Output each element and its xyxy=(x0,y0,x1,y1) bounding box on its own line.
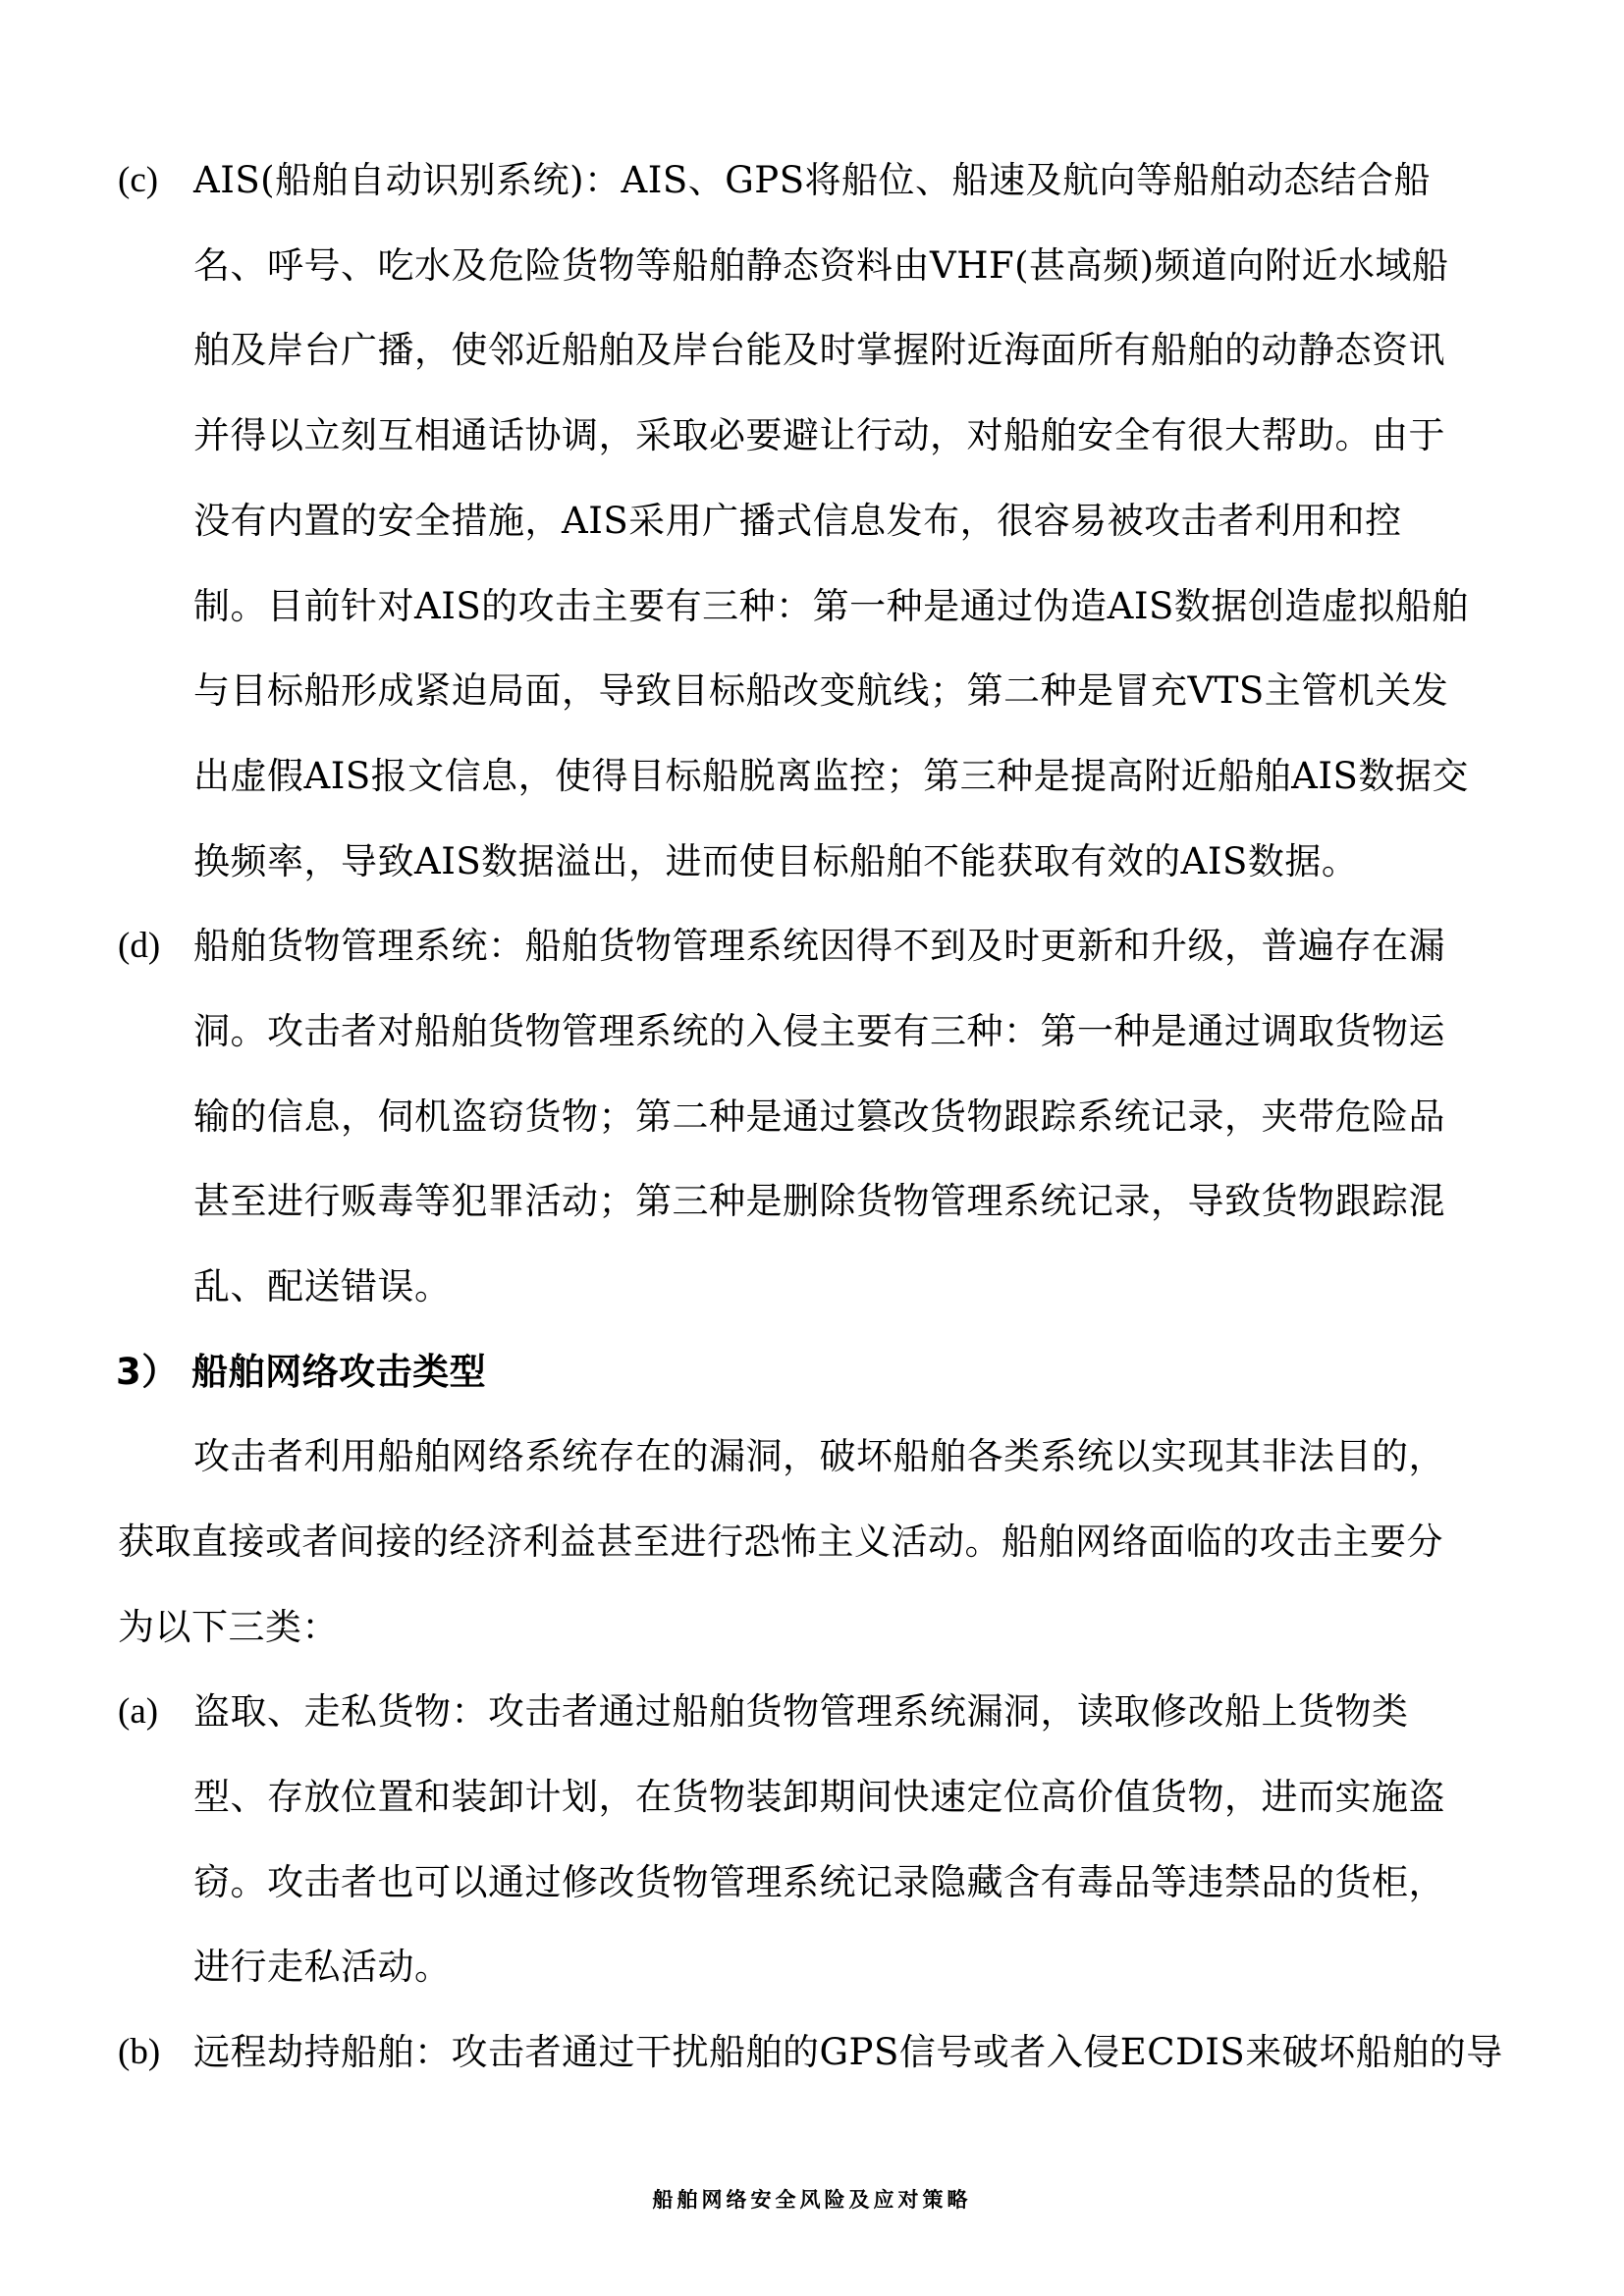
text-line: 名、呼号、吃水及危险货物等船舶静态资料由VHF(甚高频)频道向附近水域船 xyxy=(193,244,1449,288)
list-marker: (d) xyxy=(118,925,160,968)
list-marker: (c) xyxy=(118,159,158,202)
section-heading: 3） 船舶网络攻击类型 xyxy=(116,1351,486,1394)
text-line: 乱、配送错误。 xyxy=(193,1265,452,1308)
list-marker: (b) xyxy=(118,2031,160,2074)
text-line: 输的信息，伺机盗窃货物；第二种是通过篡改货物跟踪系统记录，夹带危险品 xyxy=(193,1095,1445,1139)
document-page: (c) AIS(船舶自动识别系统)：AIS、GPS将船位、船速及航向等船舶动态结… xyxy=(0,0,1624,2296)
text-line: 出虚假AIS报文信息，使得目标船脱离监控；第三种是提高附近船舶AIS数据交 xyxy=(193,755,1469,798)
text-line: AIS(船舶自动识别系统)：AIS、GPS将船位、船速及航向等船舶动态结合船 xyxy=(193,159,1431,202)
text-line: 远程劫持船舶：攻击者通过干扰船舶的GPS信号或者入侵ECDIS来破坏船舶的导 xyxy=(193,2031,1503,2074)
text-line: 为以下三类： xyxy=(118,1606,339,1649)
text-line: 获取直接或者间接的经济利益甚至进行恐怖主义活动。船舶网络面临的攻击主要分 xyxy=(118,1521,1443,1564)
text-line: 攻击者利用船舶网络系统存在的漏洞，破坏船舶各类系统以实现其非法目的， xyxy=(193,1435,1445,1478)
page-footer: 船舶网络安全风险及应对策略 xyxy=(0,2185,1624,2215)
text-line: 与目标船形成紧迫局面，导致目标船改变航线；第二种是冒充VTS主管机关发 xyxy=(193,669,1448,713)
text-line: 船舶货物管理系统：船舶货物管理系统因得不到及时更新和升级，普遍存在漏 xyxy=(193,925,1445,968)
text-line: 没有内置的安全措施，AIS采用广播式信息发布，很容易被攻击者利用和控 xyxy=(193,500,1402,543)
text-line: 舶及岸台广播，使邻近船舶及岸台能及时掌握附近海面所有船舶的动静态资讯 xyxy=(193,329,1445,372)
text-line: 并得以立刻互相通话协调，采取必要避让行动，对船舶安全有很大帮助。由于 xyxy=(193,414,1445,457)
text-line: 进行走私活动。 xyxy=(193,1946,452,1989)
text-line: 换频率，导致AIS数据溢出，进而使目标船舶不能获取有效的AIS数据。 xyxy=(193,840,1358,883)
text-line: 洞。攻击者对船舶货物管理系统的入侵主要有三种：第一种是通过调取货物运 xyxy=(193,1010,1445,1053)
text-line: 盗取、走私货物：攻击者通过船舶货物管理系统漏洞，读取修改船上货物类 xyxy=(193,1690,1409,1734)
text-line: 窃。攻击者也可以通过修改货物管理系统记录隐藏含有毒品等违禁品的货柜， xyxy=(193,1861,1445,1904)
text-line: 制。目前针对AIS的攻击主要有三种：第一种是通过伪造AIS数据创造虚拟船舶 xyxy=(193,585,1469,628)
text-line: 型、存放位置和装卸计划，在货物装卸期间快速定位高价值货物，进而实施盗 xyxy=(193,1776,1445,1819)
list-marker: (a) xyxy=(118,1690,158,1734)
text-line: 甚至进行贩毒等犯罪活动；第三种是删除货物管理系统记录，导致货物跟踪混 xyxy=(193,1180,1445,1223)
